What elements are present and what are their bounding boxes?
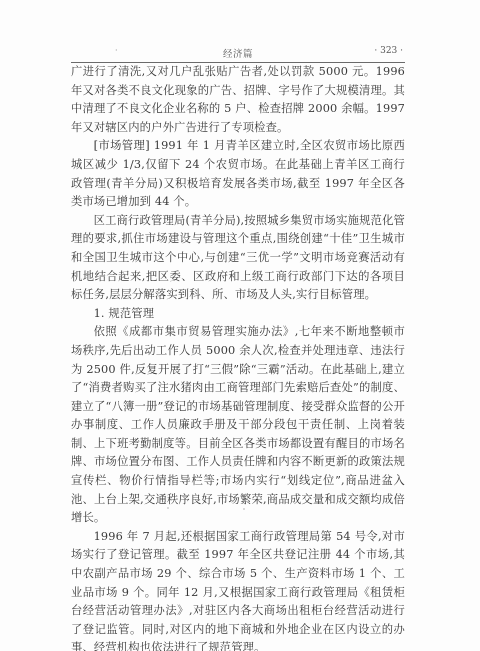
page-header: · 经济篇 · 323 · (71, 44, 405, 63)
section-tag-market-management: [市场管理] (94, 139, 150, 152)
paragraph-regulations: 依照《成都市集市贸易管理实施办法》,七年来不断地整顿市场秩序,先后出动工作人员 … (71, 323, 405, 528)
page-body: 广进行了清洗,又对几户乱张贴广告者,处以罚款 5000 元。1996 年又对各类… (71, 63, 405, 651)
paragraph-continued: 广进行了清洗,又对几户乱张贴广告者,处以罚款 5000 元。1996 年又对各类… (71, 63, 405, 137)
scan-speck (243, 508, 245, 510)
paragraph-market-management: [市场管理] 1991 年 1 月青羊区建立时,全区农贸市场比原西城区减少 1/… (71, 137, 405, 211)
paragraph-bureau-goals: 区工商行政管理局(青羊分局),按照城乡集贸市场实施规范化管理的要求,抓住市场建设… (71, 212, 405, 305)
paragraph-registration: 1996 年 7 月起,还根据国家工商行政管理局第 54 号令,对市场实行了登记… (71, 528, 405, 651)
scan-speck (167, 507, 169, 509)
page-number: · 323 · (374, 46, 403, 56)
running-title: 经济篇 (71, 46, 405, 60)
subheading-standardized-management: 1. 规范管理 (71, 305, 405, 324)
